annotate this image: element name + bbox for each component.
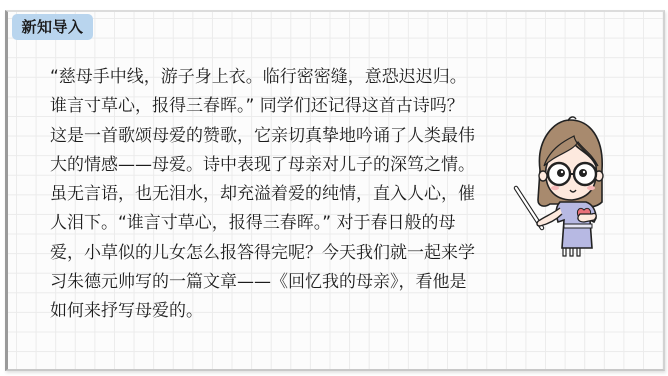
paragraph-line: 习朱德元帅写的一篇文章——《回忆我的母亲》，看他是 <box>50 268 500 297</box>
paragraph-line: 大的情感——母爱。诗中表现了母亲对儿子的深笃之情。 <box>50 151 500 180</box>
paragraph-line: 人泪下。“谁言寸草心，报得三春晖。” 对于春日般的母 <box>50 209 500 238</box>
teacher-illustration <box>510 110 620 260</box>
teacher-girl-icon <box>510 110 620 260</box>
paragraph-line: “慈母手中线，游子身上衣。临行密密缝，意恐迟迟归。 <box>50 63 500 92</box>
paragraph-line: 虽无言语，也无泪水，却充溢着爱的纯情，直入人心，催 <box>50 180 500 209</box>
paragraph-line: 谁言寸草心，报得三春晖。” 同学们还记得这首古诗吗？ <box>50 92 500 121</box>
paragraph-line: 这是一首歌颂母爱的赞歌，它亲切真挚地吟诵了人类最伟 <box>50 122 500 151</box>
section-badge: 新知导入 <box>12 14 93 40</box>
paragraph-line: 爱，小草似的儿女怎么报答得完呢？今天我们就一起来学 <box>50 239 500 268</box>
intro-paragraph: “慈母手中线，游子身上衣。临行密密缝，意恐迟迟归。 谁言寸草心，报得三春晖。” … <box>50 63 500 327</box>
paragraph-line: 如何来抒写母爱的。 <box>50 297 500 326</box>
